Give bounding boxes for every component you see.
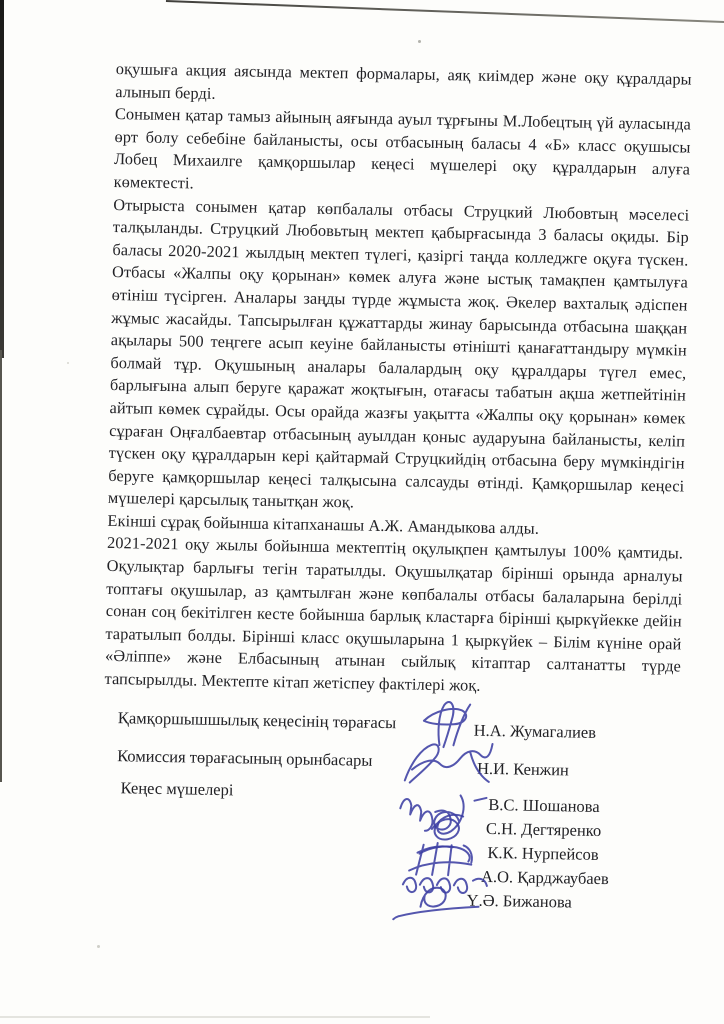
scan-edge-left-thin (0, 350, 2, 782)
signatory-name: Ү.Ә. Бижанова (466, 889, 572, 913)
scanned-document-page: оқушыға акция аясында мектеп формалары, … (0, 0, 724, 1024)
signature-role-members: Кеңес мүшелері (120, 777, 233, 801)
signatory-name: А.О. Қарджаубаев (481, 865, 609, 889)
signatory-name: С.Н. Дегтяренко (486, 818, 602, 842)
document-text-block: оқушыға акция аясында мектеп формалары, … (100, 58, 692, 953)
scan-edge-bottom (0, 1016, 430, 1018)
scan-edge-top-line (166, 0, 724, 25)
scan-edge-left (0, 0, 4, 358)
signatory-name: Н.А. Жумагалиев (474, 719, 597, 743)
signature-ink-stroke (423, 701, 470, 747)
signatory-name: Н.И. Кенжин (477, 757, 569, 781)
signatory-name: В.С. Шошанова (488, 794, 600, 818)
paragraph-3: Отырыста сонымен қатар көпбалалы отбасы … (108, 194, 690, 521)
paragraph-2: Сонымен қатар тамыз айының аяғында ауыл … (114, 103, 692, 204)
signatory-name: К.К. Нурпейсов (487, 842, 599, 866)
scan-speck (67, 362, 69, 364)
signature-ink-stroke (419, 814, 470, 861)
signature-ink-stroke (409, 842, 472, 875)
scan-speck (418, 40, 421, 43)
signature-ink-stroke (400, 794, 487, 834)
scan-speck (97, 945, 100, 948)
signature-role-deputy: Комиссия төрағасының орынбасары (117, 745, 373, 772)
signature-role-chairman: Қамқоршышшылық кеңесінің төрағасы (118, 707, 397, 734)
signature-section: Қамқоршышшылық кеңесінің төрағасы Комисс… (100, 703, 680, 954)
paragraph-5: 2021-2021 оқу жылы бойынша мектептің оқу… (104, 532, 683, 701)
